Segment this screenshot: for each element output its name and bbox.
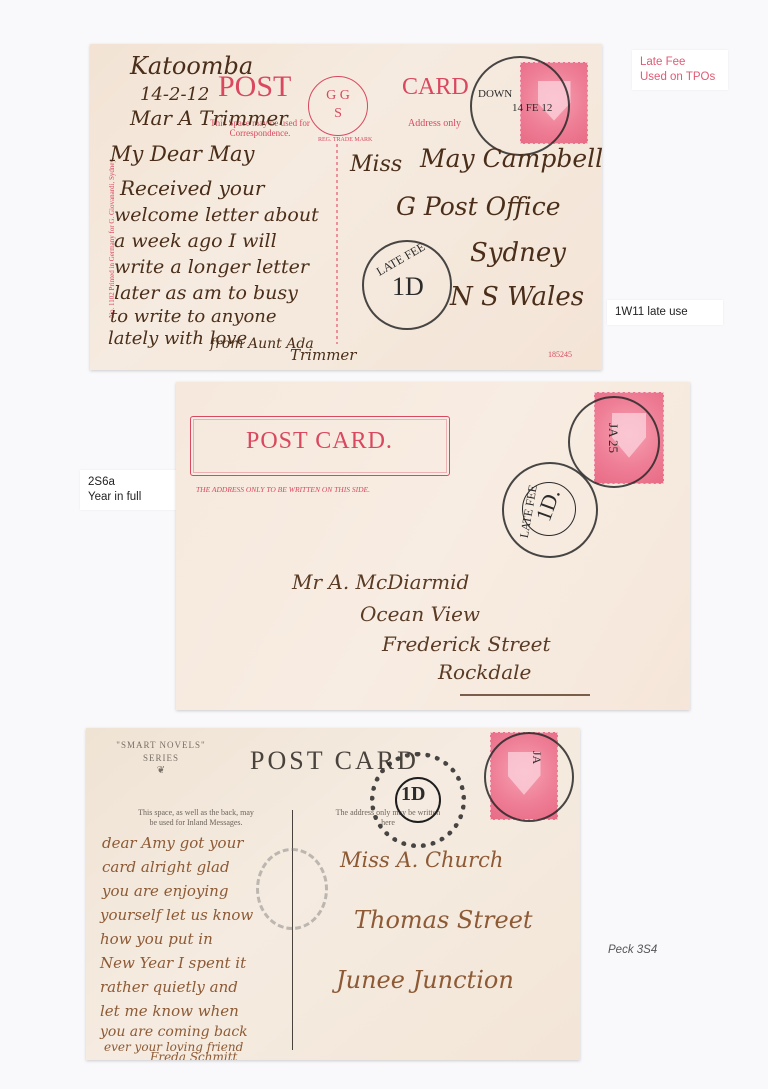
message-line: to write to anyone <box>110 306 277 327</box>
address-line: Miss A. Church <box>340 848 503 872</box>
printed-card: CARD <box>402 74 469 101</box>
address-line: N S Wales <box>450 282 584 312</box>
message-line: Mar A Trimmer <box>130 106 288 130</box>
message-line: My Dear May <box>110 142 254 166</box>
late-fee-mark: LATE FEE 1D <box>362 240 452 330</box>
postmark-date: JA <box>529 751 544 764</box>
address-only-note: Address only <box>408 118 461 129</box>
message-line: 14-2-12 <box>140 84 209 105</box>
label-line: Used on TPOs <box>640 70 720 85</box>
message-line: rather quietly and <box>100 978 238 996</box>
note-text: 2S6a <box>88 475 170 490</box>
late-fee-tpo-label: Late Fee Used on TPOs <box>632 50 728 90</box>
late-fee-value: 1D <box>401 783 425 806</box>
message-line: you are enjoying <box>102 882 228 900</box>
faint-postmark <box>256 848 328 930</box>
postmark-date: JA 25 <box>605 423 621 453</box>
address-instruction: THE ADDRESS ONLY TO BE WRITTEN ON THIS S… <box>196 485 370 494</box>
postcard-3: "SMART NOVELS" SERIES ❦ POST CARD This s… <box>86 728 580 1060</box>
postmark-text: DOWN <box>478 88 512 100</box>
address-line: Rockdale <box>438 660 531 684</box>
card3-note-label: Peck 3S4 <box>600 938 665 963</box>
late-fee-mark: 1D <box>370 752 466 848</box>
message-line: a week ago I will <box>114 230 277 252</box>
message-line: card alright glad <box>102 858 230 876</box>
message-line: Trimmer <box>290 346 356 364</box>
divider-line <box>336 144 338 344</box>
series-line: "SMART NOVELS" <box>106 740 216 750</box>
address-line: Junee Junction <box>336 966 514 994</box>
late-fee-mark: 1D. LATE FEE <box>502 462 598 558</box>
ornament-icon: ❦ <box>106 765 216 776</box>
address-line: Sydney <box>470 238 566 268</box>
note-text: Peck 3S4 <box>608 944 657 956</box>
message-line: write a longer letter <box>114 256 309 278</box>
message-line: let me know when <box>100 1002 239 1020</box>
series-mark: "SMART NOVELS" SERIES ❦ <box>106 740 216 776</box>
message-line: New Year I spent it <box>100 954 246 972</box>
monogram-line: G G <box>309 87 367 105</box>
message-note: This space, as well as the back, may be … <box>106 808 286 828</box>
address-line: Ocean View <box>360 602 480 626</box>
address-line: G Post Office <box>396 192 561 221</box>
postcard-1: POST G G S REG. TRADE MARK CARD Address … <box>90 44 602 370</box>
series-line: SERIES <box>106 753 216 763</box>
note-line: This space, as well as the back, may <box>106 808 286 818</box>
tpo-postmark: JA <box>484 732 574 822</box>
printed-post-card: POST CARD. <box>246 428 393 455</box>
message-line: later as am to busy <box>114 282 298 304</box>
message-line: Freda Schmitt <box>150 1050 237 1060</box>
message-line: how you put in <box>100 930 213 948</box>
card1-note-label: 1W11 late use <box>607 300 723 325</box>
serial-number: 185245 <box>548 350 572 359</box>
address-line: Miss <box>350 152 402 177</box>
late-fee-value: 1D <box>392 272 424 302</box>
note-text: 1W11 late use <box>615 306 688 318</box>
note-line: be used for Inland Messages. <box>106 818 286 828</box>
divider-line <box>292 810 293 1050</box>
address-line: May Campbell <box>420 144 602 173</box>
message-line: yourself let us know <box>100 906 253 924</box>
message-line: you are coming back <box>100 1024 248 1040</box>
message-line: Katoomba <box>130 52 253 80</box>
address-line: Mr A. McDiarmid <box>292 570 469 594</box>
message-line: dear Amy got your <box>102 834 243 852</box>
message-line: welcome letter about <box>114 204 319 226</box>
tpo-postmark: DOWN 14 FE 12 <box>470 56 570 156</box>
address-line: Thomas Street <box>354 906 533 934</box>
underline <box>460 694 590 696</box>
postmark-date: 14 FE 12 <box>512 102 552 114</box>
note-text: Year in full <box>88 490 170 505</box>
label-line: Late Fee <box>640 55 720 70</box>
postcard-2: POST CARD. THE ADDRESS ONLY TO BE WRITTE… <box>176 382 690 710</box>
card2-note-label: 2S6a Year in full <box>80 470 178 510</box>
trade-mark: REG. TRADE MARK <box>318 137 372 143</box>
message-line: Received your <box>120 176 264 200</box>
address-line: Frederick Street <box>382 632 551 656</box>
